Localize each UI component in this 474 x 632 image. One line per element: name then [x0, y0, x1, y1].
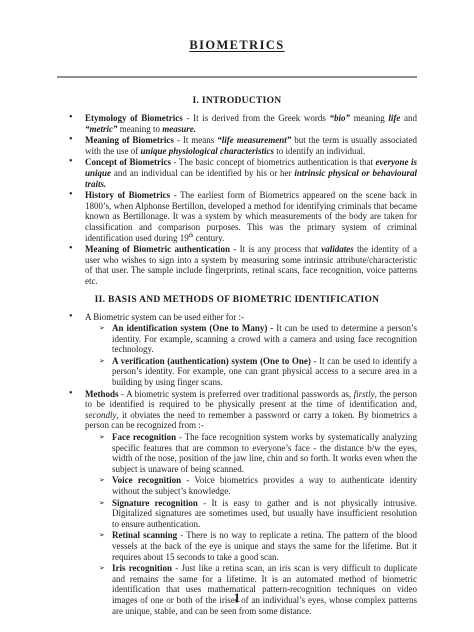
item-text: Voice recognition - Voice biometrics pro…	[112, 475, 417, 496]
list-item: •Meaning of Biometric authentication - I…	[57, 244, 417, 286]
sub-list-item: ➢Voice recognition - Voice biometrics pr…	[57, 475, 417, 496]
bullet-icon: •	[69, 157, 73, 167]
arrow-icon: ➢	[99, 432, 105, 443]
arrow-icon: ➢	[99, 356, 105, 367]
arrow-icon: ➢	[99, 498, 105, 509]
sub-list-item: ➢Signature recognition - It is easy to g…	[57, 498, 417, 530]
item-text: Iris recognition - Just like a retina sc…	[112, 563, 417, 615]
list-item: •Etymology of Biometrics - It is derived…	[57, 113, 417, 134]
document-content: I. INTRODUCTION•Etymology of Biometrics …	[57, 96, 417, 616]
item-text: History of Biometrics - The earliest for…	[85, 190, 417, 242]
sub-list-item: ➢An identification system (One to Many) …	[57, 323, 417, 355]
item-text: Face recognition - The face recognition …	[112, 432, 417, 474]
section-heading: II. BASIS AND METHODS OF BIOMETRIC IDENT…	[57, 295, 417, 305]
item-text: A Biometric system can be used either fo…	[85, 312, 244, 322]
bullet-icon: •	[69, 135, 73, 145]
sub-list-item: ➢Face recognition - The face recognition…	[57, 432, 417, 474]
arrow-icon: ➢	[99, 530, 105, 541]
item-text: Retinal scanning - There is no way to re…	[112, 530, 417, 561]
bullet-icon: •	[69, 190, 73, 200]
item-text: An identification system (One to Many) -…	[112, 323, 417, 354]
sub-list-item: ➢A verification (authentication) system …	[57, 356, 417, 388]
item-text: Methods - A biometric system is preferre…	[85, 389, 417, 431]
arrow-icon: ➢	[99, 563, 105, 574]
document-title: BIOMETRICS	[57, 38, 417, 53]
section-body: •A Biometric system can be used either f…	[57, 312, 417, 617]
arrow-icon: ➢	[99, 323, 105, 334]
item-text: Meaning of Biometric authentication - It…	[85, 244, 417, 286]
list-item: •A Biometric system can be used either f…	[57, 312, 417, 323]
item-text: Concept of Biometrics - The basic concep…	[85, 157, 417, 188]
bullet-icon: •	[69, 312, 73, 322]
section-body: •Etymology of Biometrics - It is derived…	[57, 113, 417, 287]
sub-list-item: ➢Iris recognition - Just like a retina s…	[57, 563, 417, 616]
item-text: Etymology of Biometrics - It is derived …	[85, 113, 417, 134]
list-item: •Methods - A biometric system is preferr…	[57, 389, 417, 431]
item-text: Signature recognition - It is easy to ga…	[112, 498, 417, 529]
bullet-icon: •	[69, 113, 73, 123]
bullet-icon: •	[69, 244, 73, 254]
title-divider	[57, 76, 417, 78]
page-number: 1	[0, 591, 474, 606]
arrow-icon: ➢	[99, 475, 105, 486]
sub-list-item: ➢Retinal scanning - There is no way to r…	[57, 530, 417, 562]
list-item: •Meaning of Biometrics - It means “life …	[57, 135, 417, 156]
section-heading: I. INTRODUCTION	[57, 96, 417, 106]
item-text: Meaning of Biometrics - It means “life m…	[85, 135, 417, 156]
item-text: A verification (authentication) system (…	[112, 356, 417, 387]
list-item: •Concept of Biometrics - The basic conce…	[57, 157, 417, 189]
bullet-icon: •	[69, 389, 73, 399]
document-page: BIOMETRICS I. INTRODUCTION•Etymology of …	[0, 0, 474, 632]
list-item: •History of Biometrics - The earliest fo…	[57, 190, 417, 243]
